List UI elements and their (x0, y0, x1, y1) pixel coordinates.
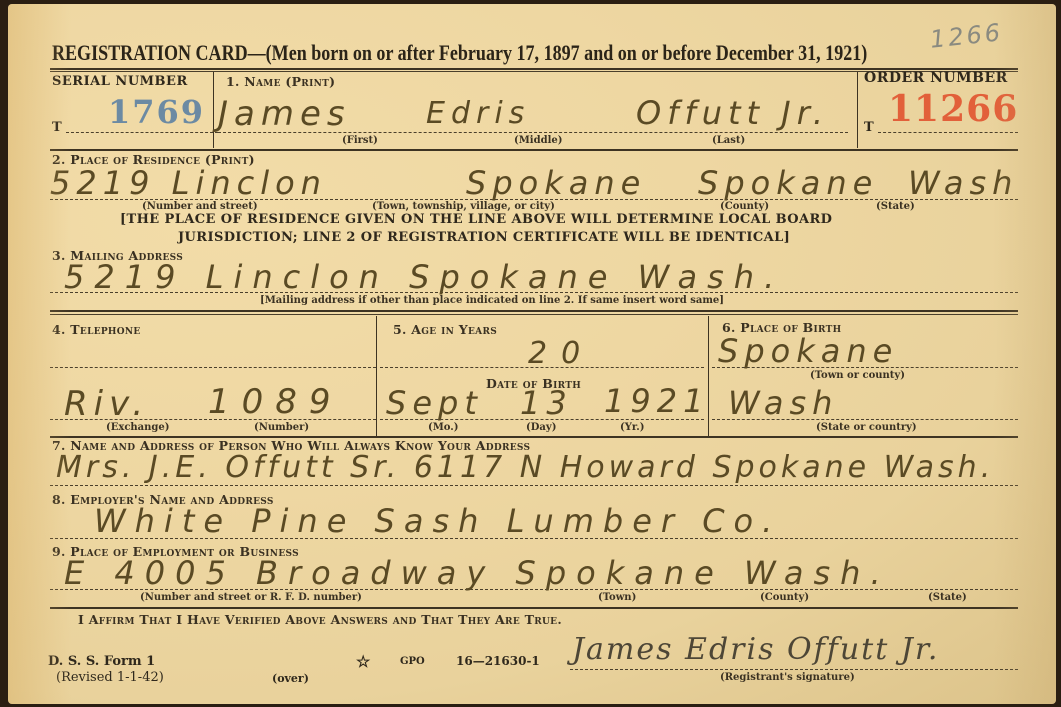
residence-town-value: Spokane (466, 164, 646, 202)
divider (376, 316, 377, 436)
serial-number-value: 1769 (108, 93, 205, 131)
pencil-note: 1266 (929, 18, 1005, 53)
over-note: (over) (272, 672, 309, 685)
gpo-number: 16—21630-1 (456, 654, 540, 668)
day-caption: (Day) (526, 422, 556, 433)
state-or-country-caption: (State or country) (816, 422, 917, 433)
year-caption: (Yr.) (620, 422, 644, 433)
form-revised: (Revised 1-1-42) (56, 670, 164, 685)
name-first-value: James (218, 94, 351, 134)
signature-line (570, 669, 1018, 670)
gpo-label: GPO (400, 656, 425, 667)
affirmation-text: I Affirm That I Have Verified Above Answ… (78, 612, 562, 627)
mailing-caption: [Mailing address if other than place ind… (260, 295, 724, 306)
registration-card: REGISTRATION CARD—(Men born on or after … (8, 4, 1056, 704)
divider (708, 316, 709, 436)
registrant-signature: James Edris Offutt Jr. (572, 632, 939, 667)
divider (213, 72, 214, 148)
telephone-line1 (50, 367, 376, 368)
residence-state-value: Wash (908, 164, 1018, 202)
number-caption: (Number) (254, 422, 309, 433)
middle-caption: (Middle) (514, 135, 562, 146)
state-caption: (State) (876, 201, 915, 212)
serial-prefix: T (52, 120, 62, 135)
age-value: 20 (528, 336, 594, 371)
exchange-caption: (Exchange) (106, 422, 170, 433)
order-number-label: ORDER NUMBER (864, 70, 1008, 86)
contact-line (50, 485, 1018, 486)
month-caption: (Mo.) (428, 422, 459, 433)
star-icon: ☆ (356, 652, 370, 671)
age-label: 5. Age in Years (393, 322, 497, 337)
name-middle-value: Edris (426, 96, 530, 131)
town-or-county-caption: (Town or county) (810, 370, 905, 381)
telephone-exchange-value: Riv. (64, 384, 149, 424)
employment-street-caption: (Number and street or R. F. D. number) (140, 592, 362, 603)
employment-state-caption: (State) (928, 592, 967, 603)
order-prefix: T (864, 120, 874, 135)
contact-value: Mrs. J.E. Offutt Sr. 6117 N Howard Spoka… (56, 450, 994, 485)
card-title: REGISTRATION CARD—(Men born on or after … (52, 40, 867, 66)
birthplace-town-value: Spokane (718, 332, 898, 370)
serial-line (66, 132, 218, 133)
dob-day-value: 13 (520, 384, 573, 422)
street-caption: (Number and street) (142, 201, 258, 212)
telephone-number-value: 1089 (208, 382, 343, 422)
rule (50, 149, 1018, 151)
town-caption: (Town, township, village, or city) (372, 201, 555, 212)
order-number-value: 11266 (888, 88, 1018, 130)
name-label: 1. Name (Print) (226, 74, 335, 89)
residence-notice-line1: [THE PLACE OF RESIDENCE GIVEN ON THE LIN… (120, 212, 832, 227)
dob-month-value: Sept (386, 384, 483, 422)
serial-number-label: SERIAL NUMBER (52, 74, 188, 89)
birthplace-state-value: Wash (728, 384, 838, 422)
rule (50, 314, 1018, 315)
employment-value: E 4005 Broadway Spokane Wash. (64, 554, 891, 592)
form-id: D. S. S. Form 1 (48, 654, 155, 669)
divider (857, 72, 858, 148)
dob-year-value: 1921 (604, 382, 709, 420)
residence-notice-line2: JURISDICTION; LINE 2 OF REGISTRATION CER… (178, 230, 790, 245)
employer-value: White Pine Sash Lumber Co. (94, 502, 781, 540)
residence-county-value: Spokane (698, 164, 878, 202)
telephone-label: 4. Telephone (52, 322, 141, 337)
signature-caption: (Registrant's signature) (720, 672, 855, 683)
order-line (878, 132, 1018, 133)
last-caption: (Last) (712, 135, 745, 146)
residence-street-value: 5219 Linclon (50, 164, 327, 202)
first-caption: (First) (342, 135, 378, 146)
county-caption: (County) (720, 201, 769, 212)
rule (50, 607, 1018, 609)
mailing-address-value: 5219 Linclon Spokane Wash. (64, 258, 784, 296)
name-last-value: Offutt Jr. (636, 94, 829, 132)
employment-town-caption: (Town) (598, 592, 636, 603)
employment-county-caption: (County) (760, 592, 809, 603)
rule (50, 310, 1018, 312)
